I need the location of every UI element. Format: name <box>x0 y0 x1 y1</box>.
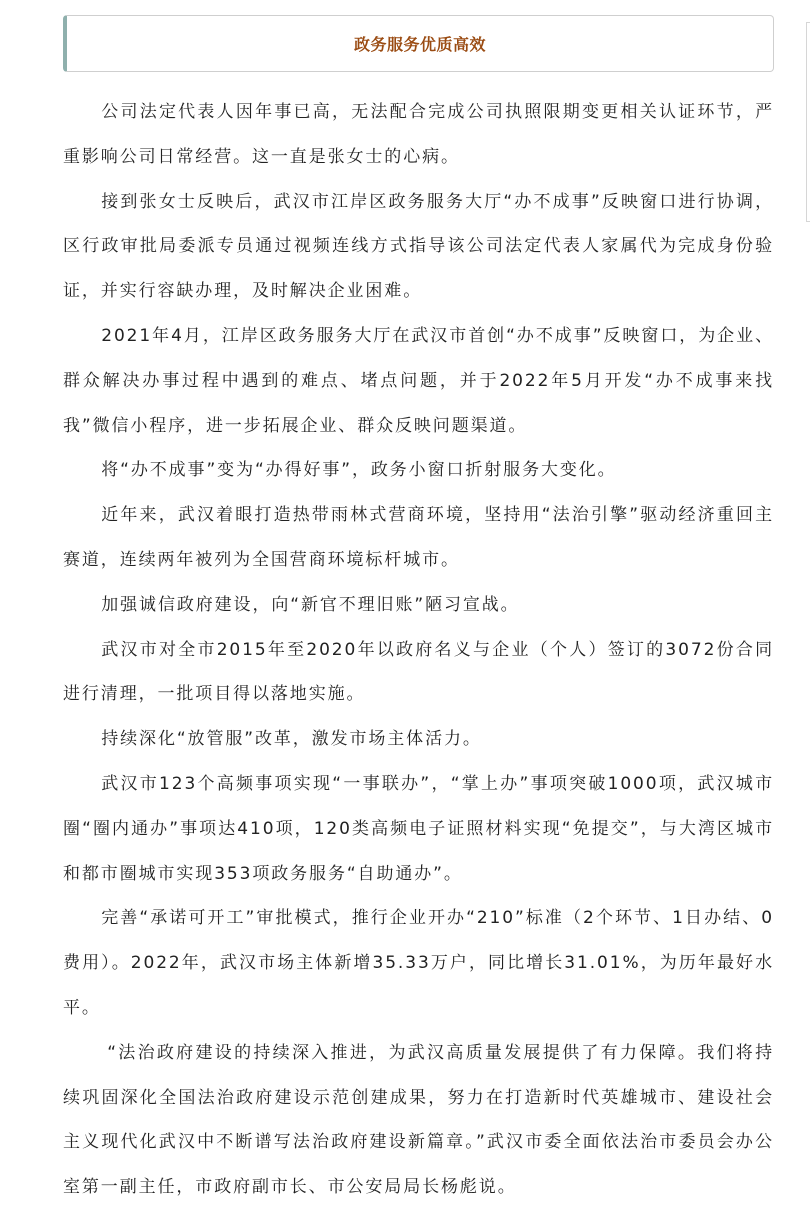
quote-paragraph: “法治政府建设的持续深入推进，为武汉高质量发展提供了有力保障。我们将持续巩固深化… <box>63 1031 774 1210</box>
paragraph: 公司法定代表人因年事已高，无法配合完成公司执照限期变更相关认证环节，严重影响公司… <box>63 90 774 180</box>
adjacent-panel-edge <box>806 22 810 222</box>
section-title-box: 政务服务优质高效 <box>63 15 774 72</box>
paragraph: 完善“承诺可开工”审批模式，推行企业开办“210”标准（2个环节、1日办结、0费… <box>63 896 774 1030</box>
paragraph: 2021年4月，江岸区政务服务大厅在武汉市首创“办不成事”反映窗口，为企业、群众… <box>63 314 774 448</box>
article: 政务服务优质高效 公司法定代表人因年事已高，无法配合完成公司执照限期变更相关认证… <box>63 15 774 1210</box>
section-title: 政务服务优质高效 <box>354 32 486 55</box>
paragraph: 武汉市123个高频事项实现“一事联办”，“掌上办”事项突破1000项，武汉城市圈… <box>63 762 774 896</box>
paragraph: 加强诚信政府建设，向“新官不理旧账”陋习宣战。 <box>63 583 774 628</box>
paragraph: 持续深化“放管服”改革，激发市场主体活力。 <box>63 717 774 762</box>
paragraph: 接到张女士反映后，武汉市江岸区政务服务大厅“办不成事”反映窗口进行协调，区行政审… <box>63 180 774 314</box>
paragraph: 将“办不成事”变为“办得好事”，政务小窗口折射服务大变化。 <box>63 448 774 493</box>
article-body: 公司法定代表人因年事已高，无法配合完成公司执照限期变更相关认证环节，严重影响公司… <box>63 90 774 1210</box>
paragraph: 武汉市对全市2015年至2020年以政府名义与企业（个人）签订的3072份合同进… <box>63 628 774 718</box>
paragraph: 近年来，武汉着眼打造热带雨林式营商环境，坚持用“法治引擎”驱动经济重回主赛道，连… <box>63 493 774 583</box>
